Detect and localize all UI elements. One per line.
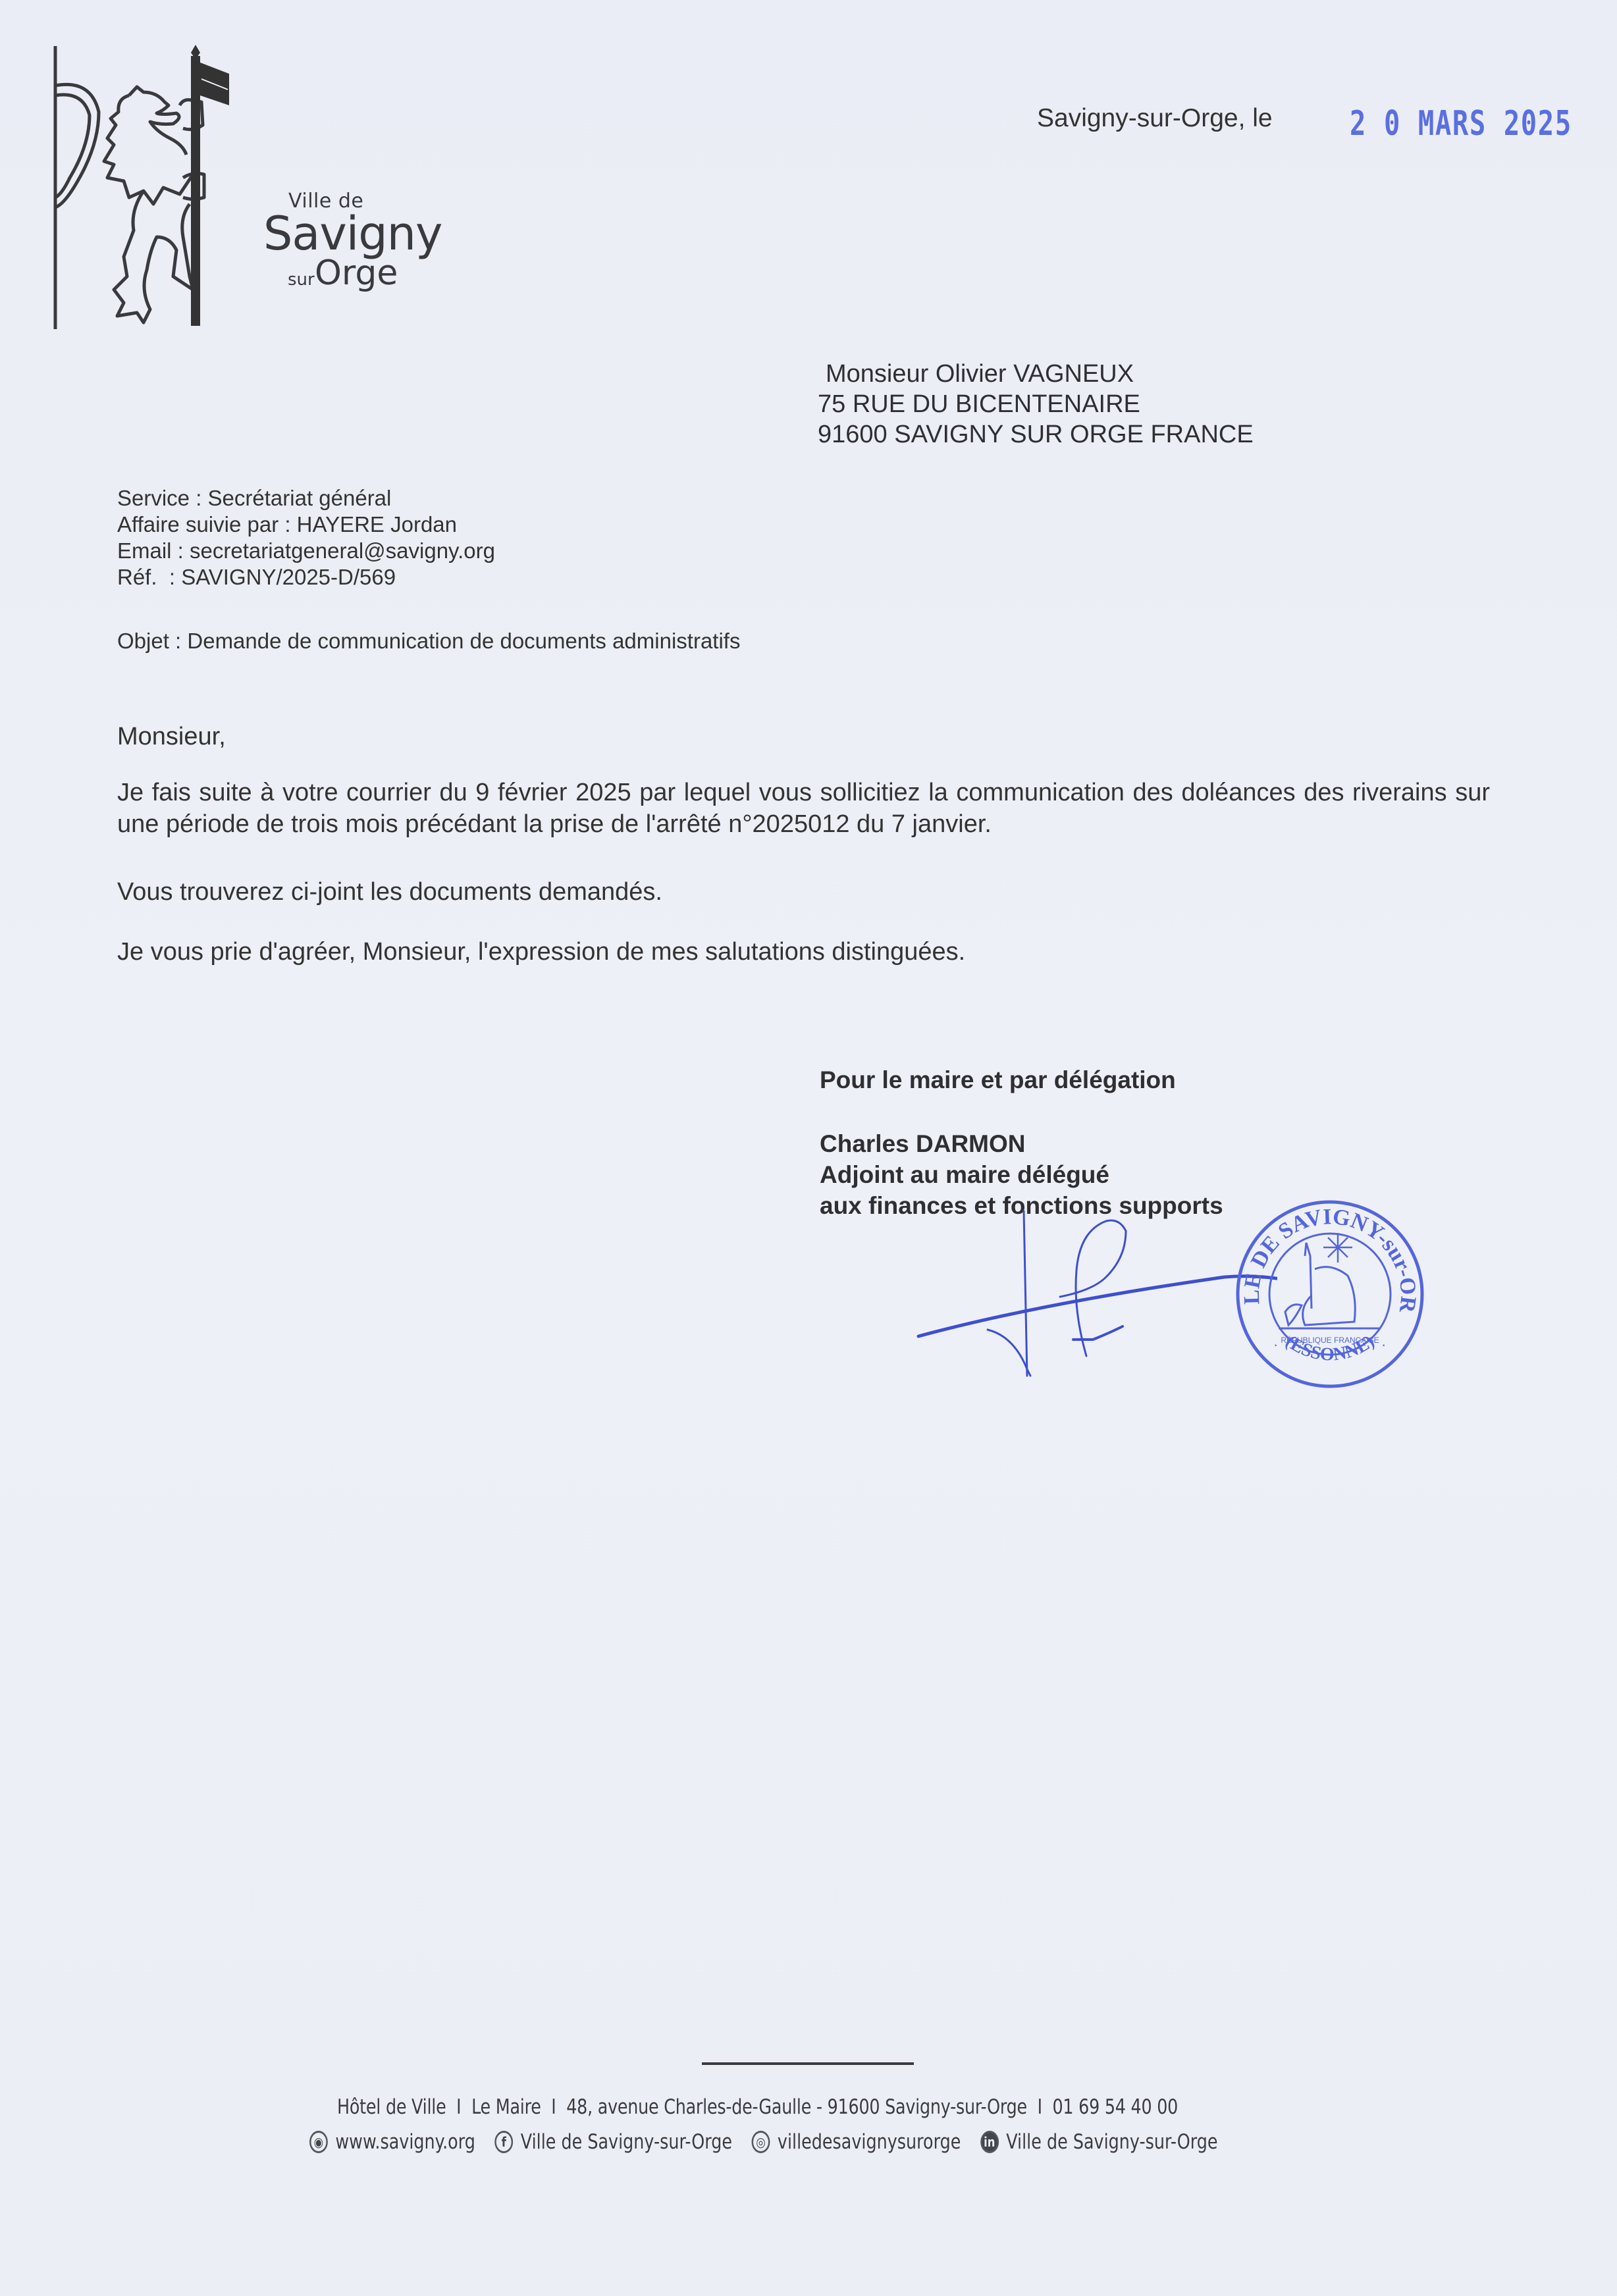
date-stamp: 2 0 MARS 2025 (1350, 104, 1572, 143)
footer-divider (702, 2062, 914, 2065)
signature-delegation: Pour le maire et par délégation (820, 1066, 1176, 1094)
seal-top-text: VILLE DE SAVIGNY-sur-ORGE (1233, 1197, 1421, 1315)
footer-address: Hôtel de Ville I Le Maire I 48, avenue C… (337, 2095, 1178, 2119)
instagram-icon: ◎ (752, 2131, 770, 2153)
footer-website[interactable]: www.savigny.org (335, 2130, 475, 2154)
handwritten-signature-icon (909, 1205, 1277, 1389)
body-paragraph-2: Vous trouverez ci-joint les documents de… (117, 878, 662, 906)
recipient-street: 75 RUE DU BICENTENAIRE (818, 389, 1254, 419)
recipient-name: Monsieur Olivier VAGNEUX (818, 359, 1254, 389)
reference-block: Service : Secrétariat général Affaire su… (117, 485, 495, 590)
subject-line: Objet : Demande de communication de docu… (117, 629, 740, 654)
email-line: Email : secretariatgeneral@savigny.org (117, 538, 495, 564)
signatory-name: Charles DARMON (820, 1128, 1223, 1159)
logo-text-sur: sur (288, 270, 315, 290)
letter-page: Ville de Savigny sur Orge Savigny-sur-Or… (0, 0, 1617, 2296)
body-paragraph-3: Je vous prie d'agréer, Monsieur, l'expre… (117, 938, 965, 966)
footer-contacts: ◉ www.savigny.org f Ville de Savigny-sur… (309, 2130, 1218, 2154)
city-seal-icon: VILLE DE SAVIGNY-sur-ORGE (ESSONNE) RÉPU… (1233, 1197, 1427, 1392)
affaire-line: Affaire suivie par : HAYERE Jordan (117, 511, 495, 538)
date-place: Savigny-sur-Orge, le (1037, 104, 1273, 133)
facebook-icon: f (494, 2131, 513, 2153)
logo-text-savigny: Savigny (263, 207, 442, 261)
body-paragraph-1: Je fais suite à votre courrier du 9 févr… (117, 777, 1490, 840)
salutation: Monsieur, (117, 723, 226, 751)
footer-facebook[interactable]: Ville de Savigny-sur-Orge (521, 2130, 732, 2154)
footer-linkedin[interactable]: Ville de Savigny-sur-Orge (1006, 2130, 1217, 2154)
logo-text-orge: Orge (315, 253, 398, 293)
footer-instagram[interactable]: villedesavignysurorge (778, 2130, 961, 2154)
lion-crest-icon (51, 39, 269, 336)
seal-inner-text: RÉPUBLIQUE FRANÇAISE (1281, 1335, 1379, 1345)
recipient-address: Monsieur Olivier VAGNEUX 75 RUE DU BICEN… (818, 359, 1254, 450)
globe-icon: ◉ (309, 2131, 328, 2153)
signatory-title-1: Adjoint au maire délégué (820, 1159, 1223, 1190)
seal-dot-left: · (1273, 1336, 1278, 1353)
linkedin-icon: in (980, 2131, 999, 2153)
service-line: Service : Secrétariat général (117, 485, 495, 511)
ref-line: Réf. : SAVIGNY/2025-D/569 (117, 564, 495, 590)
city-logo: Ville de Savigny sur Orge (51, 39, 367, 336)
recipient-city: 91600 SAVIGNY SUR ORGE FRANCE (818, 419, 1254, 450)
seal-dot-right: · (1381, 1336, 1386, 1353)
